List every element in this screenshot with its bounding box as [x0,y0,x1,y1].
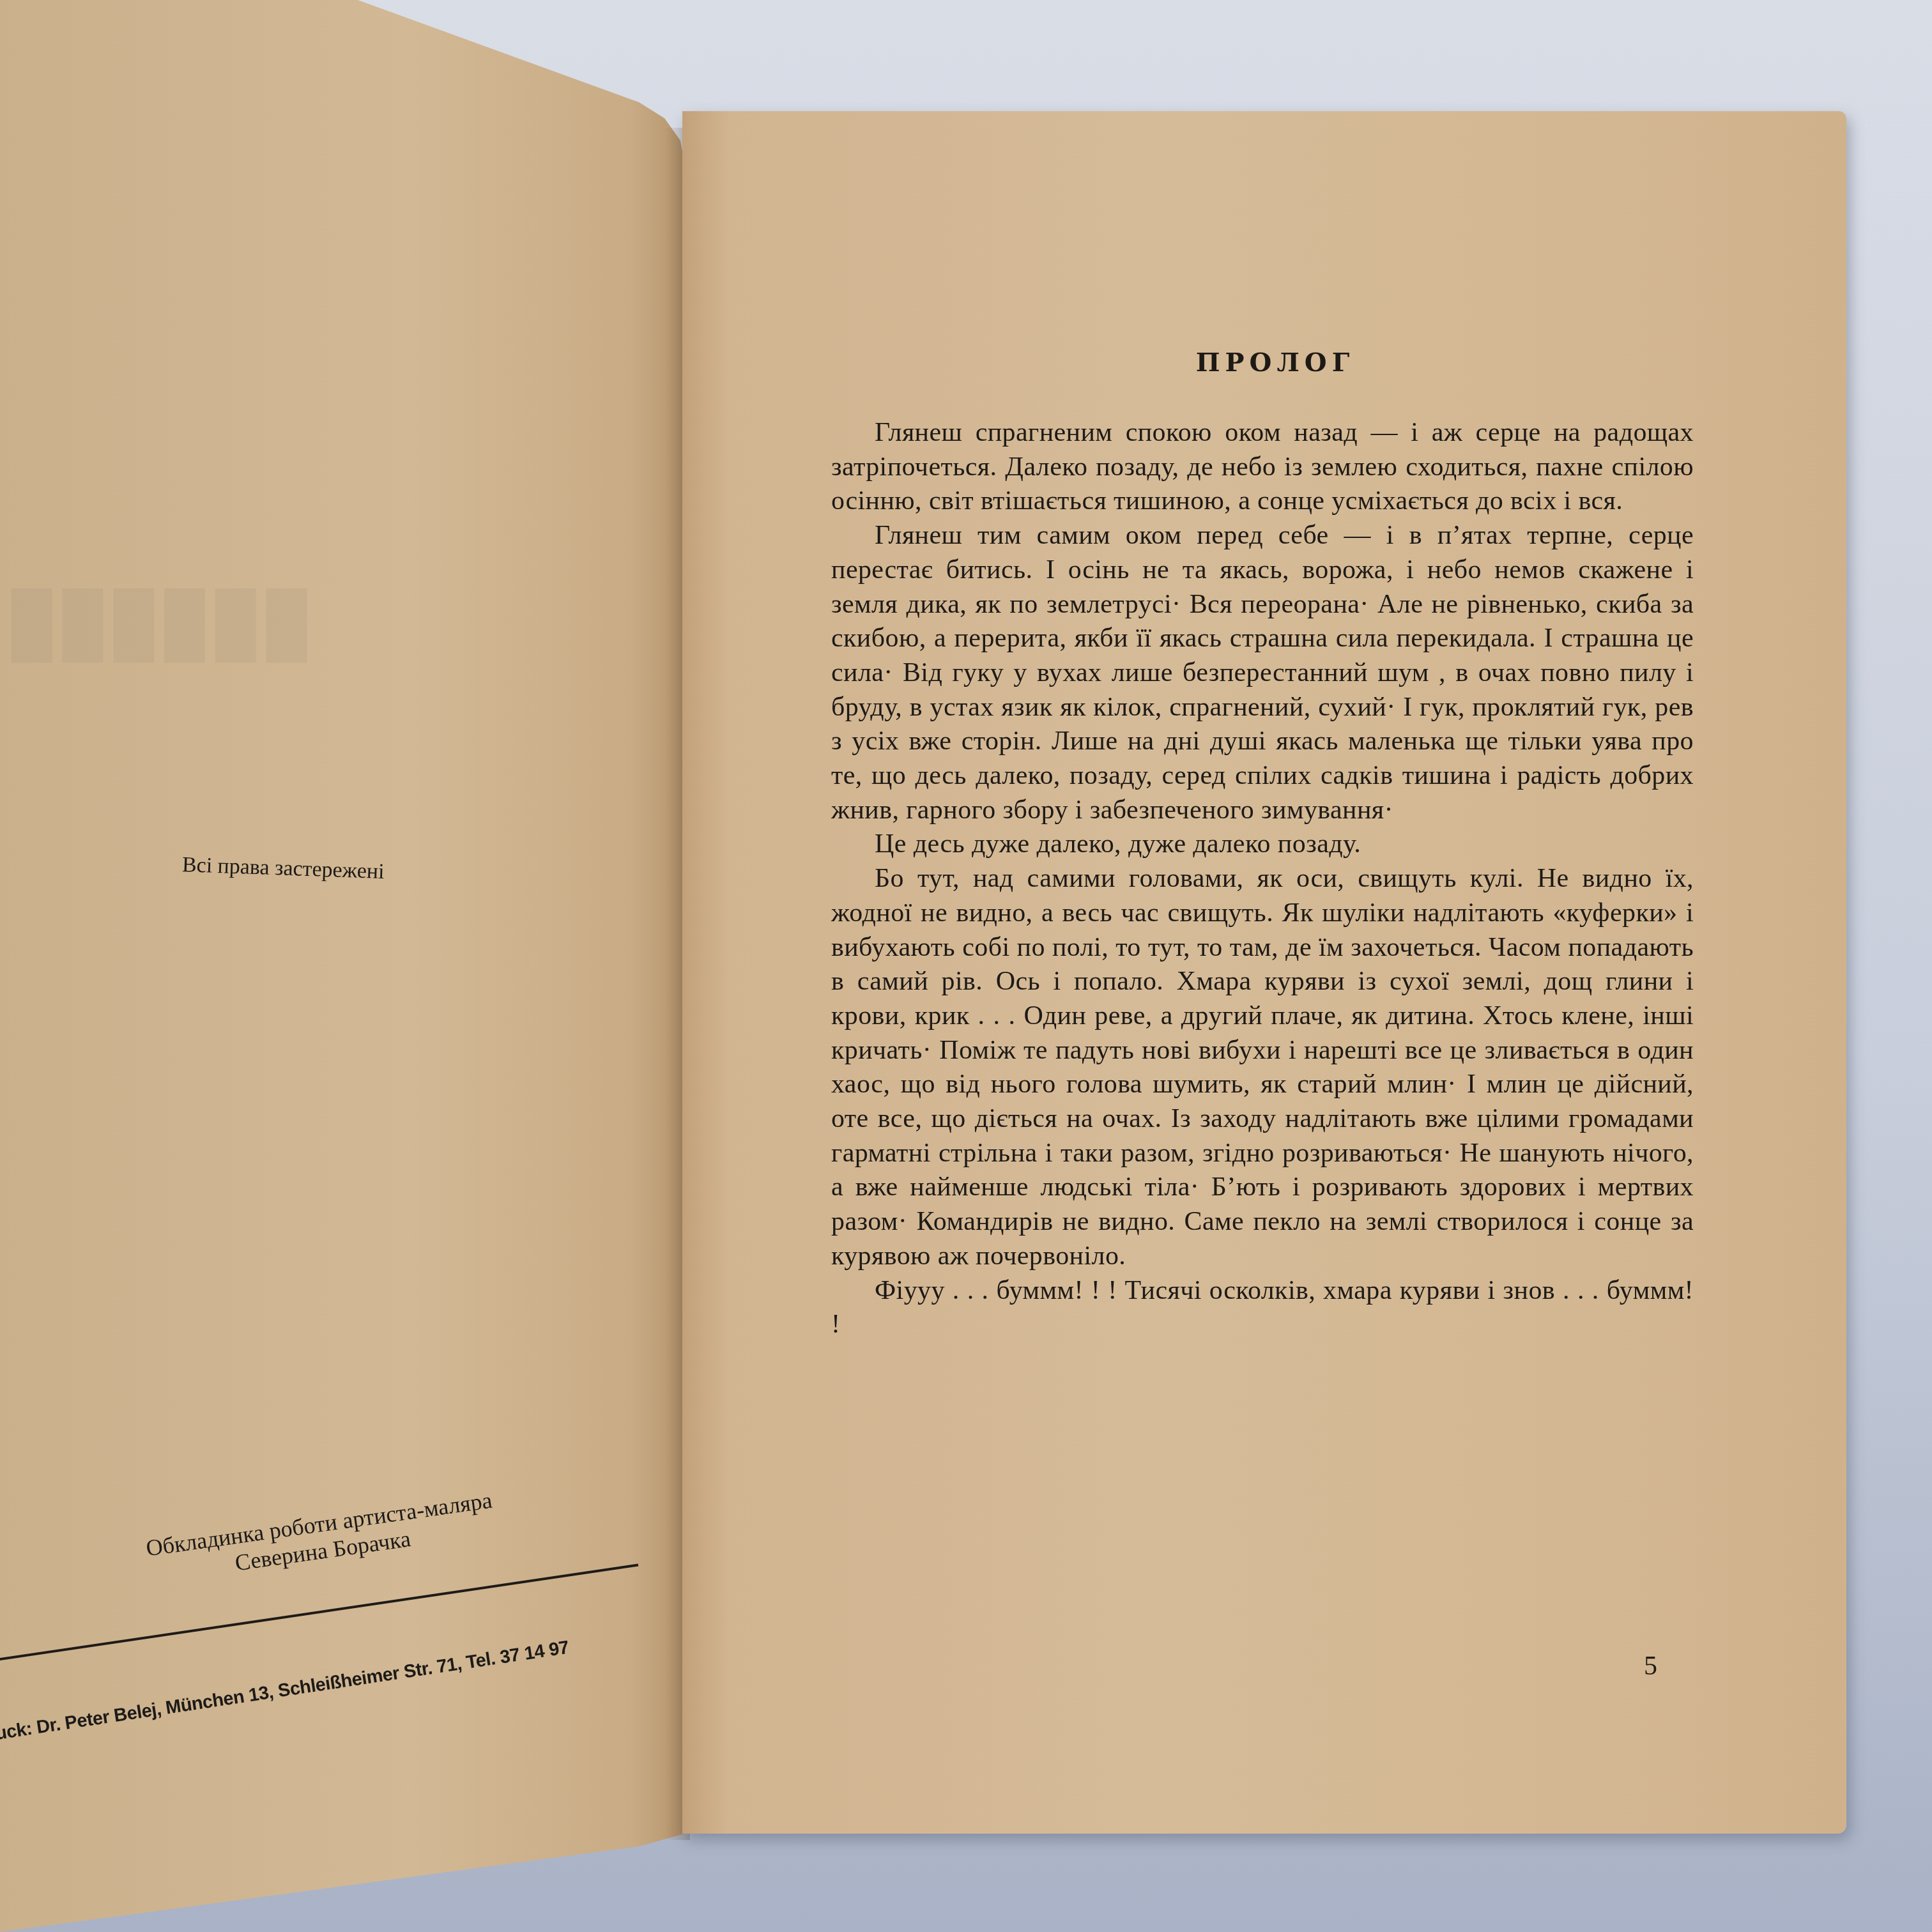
open-book-photo: ■■■■■■ Всі права застережені Обкладинка … [0,0,1932,1932]
paragraph: Фіууу . . . буммм! ! ! Тисячі осколків, … [831,1274,1694,1342]
page-number: 5 [1644,1651,1657,1682]
rights-notice: Всі права застережені [181,853,385,884]
page-body: ПРОЛОГ Глянеш спрагненим спокою оком наз… [831,348,1694,1342]
paragraph: Глянеш тим самим оком перед себе — і в п… [831,519,1694,827]
paragraph: Глянеш спрагненим спокою оком назад — і … [831,416,1694,519]
left-page: ■■■■■■ Всі права застережені Обкладинка … [0,0,685,1932]
right-page: ПРОЛОГ Глянеш спрагненим спокою оком наз… [682,111,1846,1834]
show-through-text: ■■■■■■ [6,530,312,707]
paragraph: Бо тут, над самими головами, як оси, сви… [831,862,1694,1273]
chapter-title: ПРОЛОГ [831,348,1694,378]
printer-imprint: ruck: Dr. Peter Belej, München 13, Schle… [0,1637,571,1746]
paragraph: Це десь дуже далеко, дуже далеко позаду. [831,827,1694,862]
cover-credit: Обкладинка роботи артиста-маляра Северин… [89,1479,553,1596]
